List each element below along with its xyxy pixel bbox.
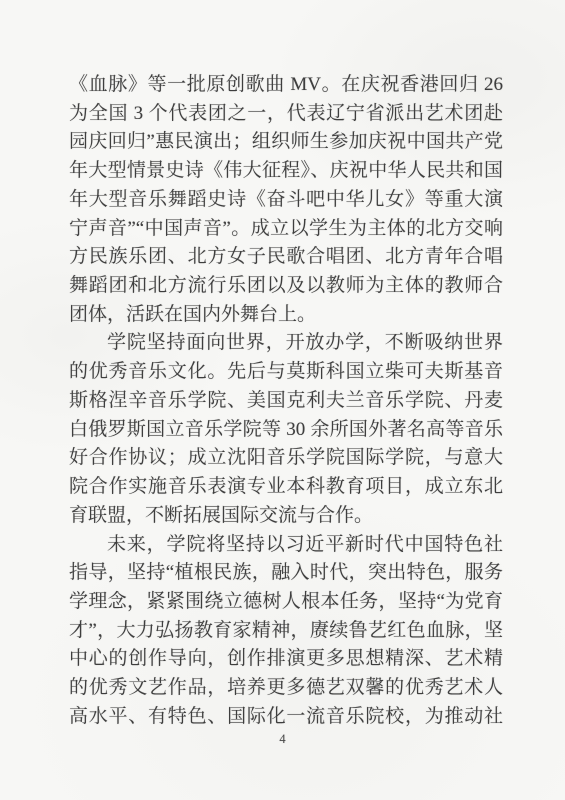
text-line: 年大型情景史诗《伟大征程》、庆祝中华人民共和国成立 70 周 <box>69 157 503 186</box>
text-line: 白俄罗斯国立音乐学院等 30 余所国外著名高等音乐院校签订友 <box>69 416 503 445</box>
text-line: 学理念，紧紧围绕立德树人根本任务，坚持“为党育人、为国育 <box>69 588 503 617</box>
body-text: 《血脉》等一批原创歌曲 MV。在庆祝香港回归 26 周年之际，作为全国 3 个代… <box>69 71 503 732</box>
text-line: 《血脉》等一批原创歌曲 MV。在庆祝香港回归 26 周年之际，作 <box>69 71 503 100</box>
text-line: 才”，大力弘扬教育家精神，赓续鲁艺红色血脉，坚持以人民为 <box>69 617 503 646</box>
text-line: 舞蹈团和北方流行乐团以及以教师为主体的教师合唱团等多个 <box>69 272 503 301</box>
text-line: 院合作实施音乐表演专业本科教育项目，成立东北亚国际艺术教 <box>69 473 503 502</box>
text-line: 育联盟，不断拓展国际交流与合作。 <box>69 502 503 531</box>
text-line: 指导，坚持“植根民族，融入时代，突出特色，服务社会”的办 <box>69 559 503 588</box>
text-line: 方民族乐团、北方女子民歌合唱团、北方青年合唱团、北方青年 <box>69 243 503 272</box>
text-line: 园庆回归”惠民演出；组织师生参加庆祝中国共产党成立 100 周 <box>69 128 503 157</box>
page-number: 4 <box>0 731 565 747</box>
text-line: 年大型音乐舞蹈史诗《奋斗吧中华儿女》等重大演出，唱响“辽 <box>69 186 503 215</box>
text-line: 为全国 3 个代表团之一，代表辽宁省派出艺术团赴香港开展“维 <box>69 100 503 129</box>
text-line: 的优秀音乐文化。先后与莫斯科国立柴可夫斯基音乐学院、俄罗 <box>69 358 503 387</box>
text-line: 好合作协议；成立沈阳音乐学院国际学院，与意大利 CPM 音乐学 <box>69 444 503 473</box>
text-line: 宁声音”“中国声音”。成立以学生为主体的北方交响乐团、北 <box>69 215 503 244</box>
text-line: 的优秀文艺作品，培养更多德艺双馨的优秀艺术人才，努力建设 <box>69 674 503 703</box>
text-line: 中心的创作导向，创作排演更多思想精深、艺术精湛、制作精良 <box>69 645 503 674</box>
text-line: 团体，活跃在国内外舞台上。 <box>69 301 503 330</box>
text-line: 学院坚持面向世界，开放办学，不断吸纳世界各国、各民族 <box>69 329 503 358</box>
text-line: 斯格涅辛音乐学院、美国克利夫兰音乐学院、丹麦皇家音乐学院、 <box>69 387 503 416</box>
text-line: 未来，学院将坚持以习近平新时代中国特色社会主义思想为 <box>69 531 503 560</box>
text-line: 高水平、有特色、国际化一流音乐院校，为推动社会主义文艺繁 <box>69 703 503 732</box>
document-page: 《血脉》等一批原创歌曲 MV。在庆祝香港回归 26 周年之际，作为全国 3 个代… <box>0 0 565 800</box>
